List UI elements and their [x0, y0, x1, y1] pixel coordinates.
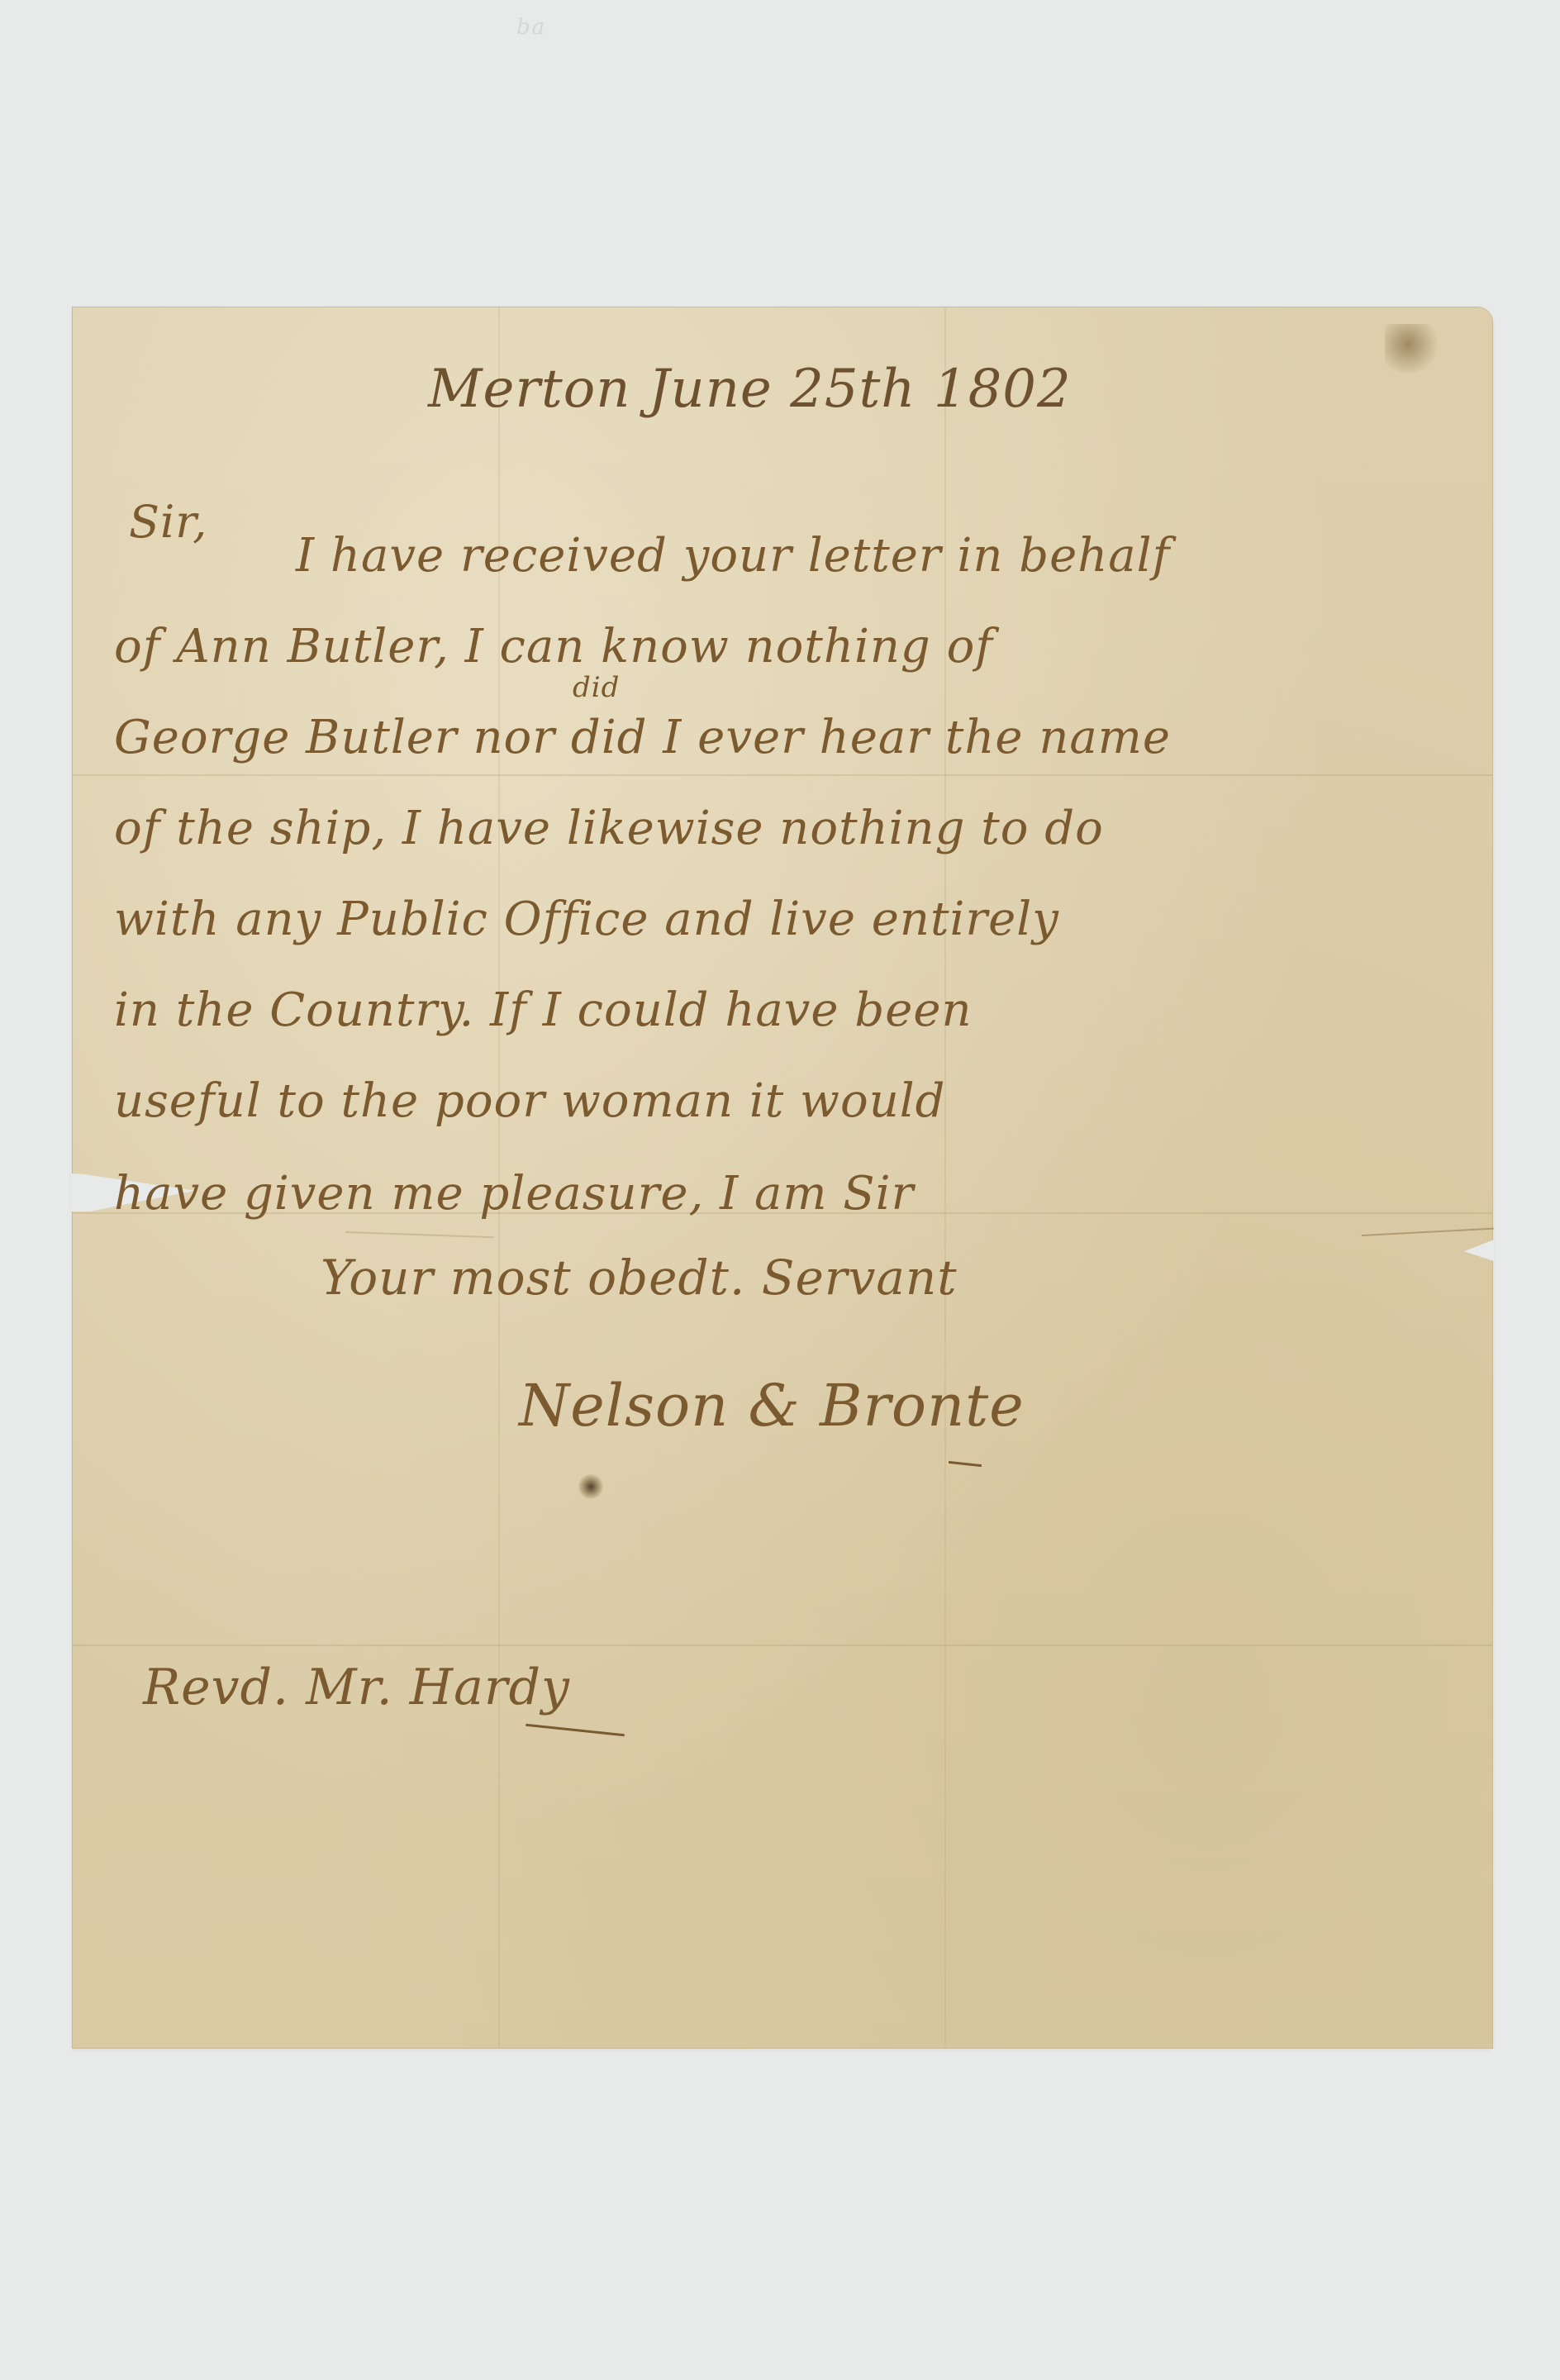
body-line: with any Public Office and live entirely	[114, 892, 1059, 946]
addressee-underline	[526, 1724, 625, 1737]
body-line: of the ship, I have likewise nothing to …	[114, 802, 1104, 855]
signature: Nelson & Bronte	[519, 1372, 1025, 1440]
body-line: useful to the poor woman it would	[114, 1074, 946, 1128]
body-line: I have received your letter in behalf	[296, 529, 1170, 583]
closing-line: Your most obedt. Servant	[321, 1249, 958, 1306]
horizontal-fold-line	[73, 1645, 1492, 1646]
horizontal-fold-line	[73, 774, 1492, 776]
salutation: Sir,	[129, 496, 207, 548]
signature-flourish	[949, 1461, 982, 1467]
tear-crease	[345, 1231, 494, 1238]
body-line: in the Country. If I could have been	[114, 983, 973, 1037]
addressee: Revd. Mr. Hardy	[143, 1659, 570, 1716]
body-line: George Butler nor did I ever hear the na…	[114, 711, 1171, 764]
tear-crease	[1362, 1228, 1494, 1236]
corner-stain	[1385, 324, 1443, 382]
body-line: of Ann Butler, I can know nothing of	[114, 620, 993, 674]
dateline: Merton June 25th 1802	[428, 359, 1072, 420]
letter-paper: Merton June 25th 1802 Sir, I have receiv…	[73, 307, 1492, 2048]
ink-spot	[578, 1474, 603, 1499]
backdrop-pencil-marks: ba	[516, 15, 546, 40]
right-edge-tear	[1464, 1240, 1494, 1261]
interlinear-insertion: did	[573, 671, 620, 704]
body-line: have given me pleasure, I am Sir	[114, 1167, 914, 1221]
